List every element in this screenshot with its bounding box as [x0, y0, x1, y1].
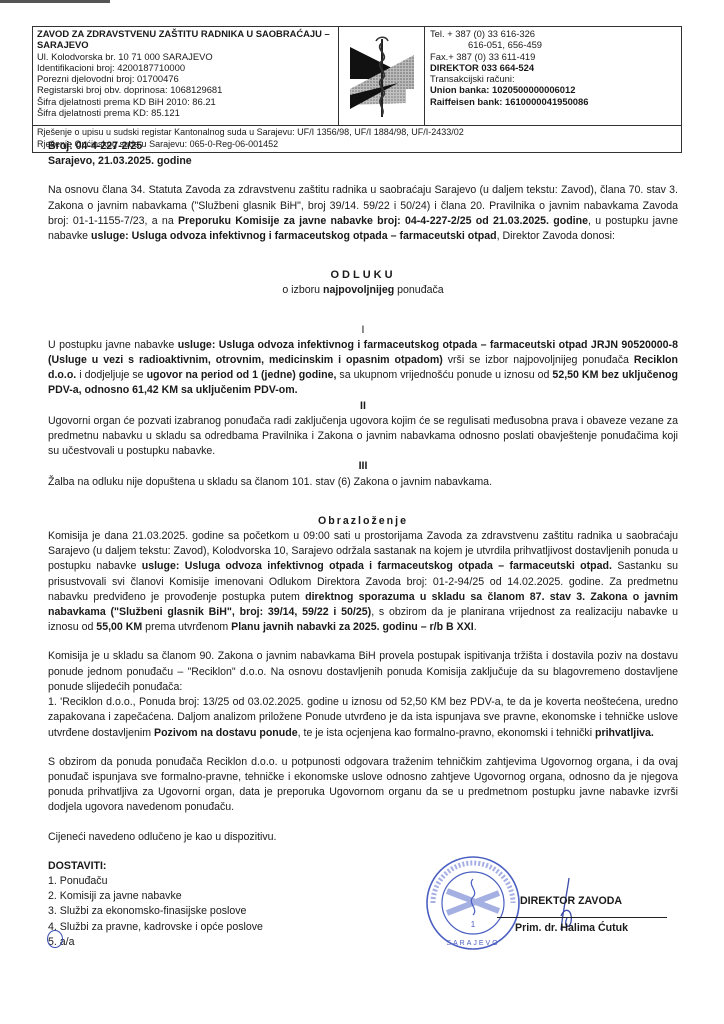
bold-text-run: Preporuku Komisije za javne nabavke broj…: [178, 215, 588, 227]
svg-text:SARAJEVO: SARAJEVO: [446, 940, 499, 947]
distribution-item: 5. a/a: [48, 935, 678, 950]
signatory-role-text: DIREKTOR ZAVODA: [520, 895, 622, 907]
text-run: , Direktor Zavoda donosi:: [497, 230, 615, 242]
raiffeisen-bank-account: Raiffeisen bank: 1610000041950086: [430, 96, 676, 107]
bold-text-run: 55,00 KM: [96, 621, 142, 633]
official-seal-stamp-icon: 1 SARAJEVO: [425, 855, 521, 951]
document-body: Broj: 04-4-227-2/25 Sarajevo, 21.03.2025…: [48, 139, 678, 950]
section-1-label: I: [48, 323, 678, 338]
document-date: Sarajevo, 21.03.2025. godine: [48, 154, 678, 169]
letterhead-institution-info: ZAVOD ZA ZDRAVSTVENU ZAŠTITU RADNIKA U S…: [33, 27, 339, 125]
section-2-label: II: [48, 399, 678, 414]
reasoning-paragraph-3: S obzirom da ponuda ponuđača Reciklon d.…: [48, 755, 678, 816]
svg-text:1: 1: [471, 920, 476, 929]
text-run: Komisija je u skladu sa članom 90. Zakon…: [48, 650, 678, 692]
contribution-number: Registarski broj obv. doprinosa: 1068129…: [37, 84, 334, 95]
letterhead-contact-info: Tel. + 387 (0) 33 616-326 616-051, 656-4…: [425, 27, 681, 125]
section-2-paragraph: Ugovorni organ će pozvati izabranog ponu…: [48, 414, 678, 460]
text-run: i dodjeljuje se: [76, 369, 146, 381]
subtitle-bold-text: najpovoljnijeg: [323, 284, 394, 296]
text-run: .: [474, 621, 477, 633]
institution-address: Ul. Kolodvorska br. 10 71 000 SARAJEVO: [37, 51, 334, 62]
bold-text-run: Pozivom na dostavu ponude: [154, 727, 298, 739]
bold-text-run: prihvatljiva.: [595, 727, 654, 739]
section-3-label: III: [48, 459, 678, 474]
scan-edge-mark: [0, 0, 110, 3]
union-bank-account: Union banka: 1020500000006012: [430, 84, 676, 95]
bold-text-run: usluge: Usluga odvoza infektivnog otpada…: [142, 560, 612, 572]
text-run: vrši se izbor najpovoljnijeg ponuđača: [443, 354, 634, 366]
reasoning-paragraph-2: Komisija je u skladu sa članom 90. Zakon…: [48, 649, 678, 695]
id-number: Identifikacioni broj: 4200187710000: [37, 62, 334, 73]
reasoning-offer-item: 1. 'Reciklon d.o.o., Ponuda broj: 13/25 …: [48, 695, 678, 741]
bold-text-run: ugovor na period od 1 (jedne) godine,: [147, 369, 337, 381]
section-3-paragraph: Žalba na odluku nije dopuštena u skladu …: [48, 475, 678, 490]
subtitle-text-end: ponuđača: [394, 284, 443, 296]
tax-number: Porezni djelovodni broj: 01700476: [37, 73, 334, 84]
director-phone: DIREKTOR 033 664-524: [430, 62, 676, 73]
text-run: U postupku javne nabavke: [48, 339, 178, 351]
handwritten-circle-mark: [47, 930, 63, 948]
bold-text-run: usluge: Usluga odvoza infektivnog i farm…: [91, 230, 497, 242]
institution-city: SARAJEVO: [37, 39, 334, 50]
caduceus-cross-logo-icon: [339, 27, 425, 125]
distribution-title: DOSTAVITI:: [48, 859, 678, 874]
activity-code: Šifra djelatnosti prema KD: 85.121: [37, 107, 334, 118]
text-run: , te je ista ocjenjena kao formalno-prav…: [298, 727, 595, 739]
activity-code-2010: Šifra djelatnosti prema KD BiH 2010: 86.…: [37, 96, 334, 107]
reasoning-title: Obrazloženje: [48, 514, 678, 529]
decision-subtitle: o izboru najpovoljnijeg ponuđača: [48, 283, 678, 298]
section-1-paragraph: U postupku javne nabavke usluge: Usluga …: [48, 338, 678, 399]
telephone: Tel. + 387 (0) 33 616-326: [430, 28, 676, 39]
conclusion: Cijeneći navedeno odlučeno je kao u disp…: [48, 830, 678, 845]
signatory-role: DIREKTOR ZAVODA: [520, 895, 622, 907]
institution-name: ZAVOD ZA ZDRAVSTVENU ZAŠTITU RADNIKA U S…: [37, 28, 334, 39]
reasoning-paragraph-1: Komisija je dana 21.03.2025. godine sa p…: [48, 529, 678, 635]
accounts-label: Transakcijski računi:: [430, 73, 676, 84]
bold-text-run: Planu javnih nabavki za 2025. godinu – r…: [231, 621, 474, 633]
decision-title: ODLUKU: [48, 268, 678, 283]
signature-line: [497, 917, 667, 918]
court-registry: Rješenje o upisu u sudski registar Kanto…: [37, 127, 677, 139]
signatory-name: Prim. dr. Halima Ćutuk: [515, 922, 628, 934]
intro-paragraph: Na osnovu člana 34. Statuta Zavoda za zd…: [48, 183, 678, 244]
document-number: Broj: 04-4-227-2/25: [48, 139, 678, 154]
text-run: sa ukupnom vrijednošću ponude u iznosu o…: [336, 369, 552, 381]
letterhead: ZAVOD ZA ZDRAVSTVENU ZAŠTITU RADNIKA U S…: [32, 26, 682, 153]
telephone-extra: 616-051, 656-459: [430, 39, 676, 50]
subtitle-text: o izboru: [282, 284, 323, 296]
text-run: prema utvrđenom: [142, 621, 231, 633]
fax: Fax.+ 387 (0) 33 611-419: [430, 51, 676, 62]
